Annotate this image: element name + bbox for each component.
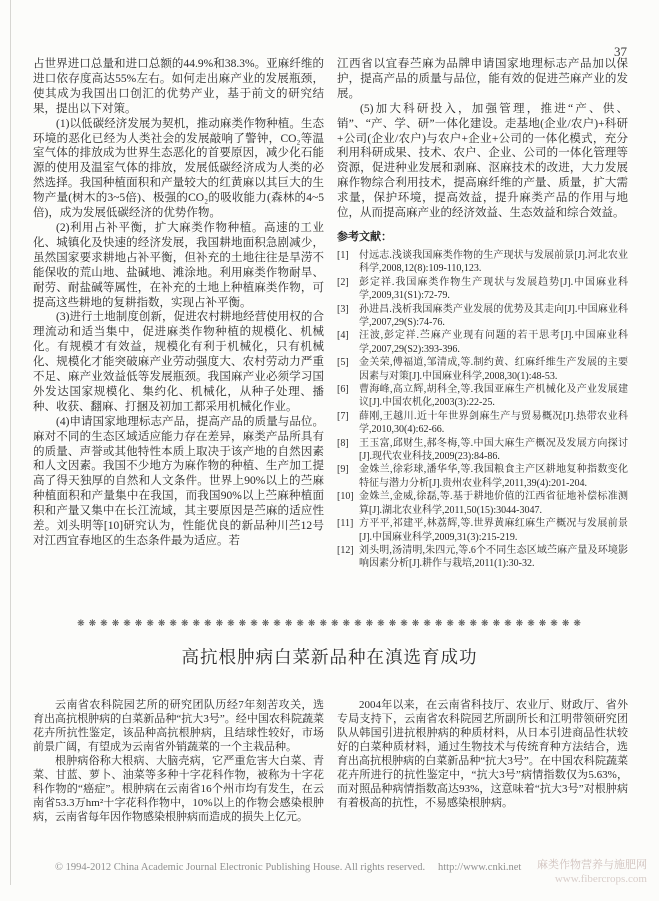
article1-left-column: 占世界进口总量和进口总额的44.9%和38.3%。亚麻纤维的进口依存度高达55%… xyxy=(33,57,324,571)
paragraph: (4)申请国家地理标志产品，提高产品的质量与品位。麻对不同的生态区域适应能力存在… xyxy=(33,415,324,549)
journal-page: 37 占世界进口总量和进口总额的44.9%和38.3%。亚麻纤维的进口依存度高达… xyxy=(0,0,659,901)
reference-number: [12] xyxy=(337,544,359,571)
reference-item: [1] 付远志.浅谈我国麻类作物的生产现状与发展前景[J].河北农业科学,200… xyxy=(337,249,628,276)
reference-number: [9] xyxy=(337,463,359,490)
paragraph: (2)利用占补平衡，扩大麻类作物种植。高速的工业化、城镇化及快速的经济发展，我国… xyxy=(33,221,324,310)
reference-text: 曹海峰,高立辉,胡科全,等.我国亚麻生产机械化及产业发展建议[J].中国农机化,… xyxy=(359,383,628,410)
reference-text: 刘头明,汤清明,朱四元,等.6个不同生态区域苎麻产量及环境影响因素分析[J].耕… xyxy=(359,544,628,571)
reference-text: 金姝兰,金威,徐磊,等.基于耕地价值的江西省征地补偿标准测算[J].湖北农业科学… xyxy=(359,490,628,517)
reference-number: [7] xyxy=(337,410,359,437)
watermark-site-name: 麻类作物营养与施肥网 xyxy=(537,859,647,871)
reference-item: [3] 孙进昌.浅析我国麻类产业发展的优势及其走向[J].中国麻业科学,2007… xyxy=(337,303,628,330)
paragraph: 2004年以来，在云南省科技厅、农业厅、财政厅、省外专局支持下，云南省农科院园艺… xyxy=(337,698,628,810)
copyright-text: © 1994-2012 China Academic Journal Elect… xyxy=(55,862,425,873)
reference-number: [4] xyxy=(337,329,359,356)
reference-text: 彭定祥.我国麻类作物生产现状与发展趋势[J].中国麻业科学,2009,31(S1… xyxy=(359,276,628,303)
reference-number: [5] xyxy=(337,356,359,383)
cnki-url-text: http://www.cnki.net xyxy=(438,862,521,873)
paragraph: 根肿病俗称大根病、大脑壳病，它严重危害大白菜、青菜、甘蓝、萝卜、油菜等多种十字花… xyxy=(33,754,324,824)
reference-text: 汪波,彭定祥.苎麻产业现有问题的若干思考[J].中国麻业科学,2007,29(S… xyxy=(359,329,628,356)
reference-item: [12] 刘头明,汤清明,朱四元,等.6个不同生态区域苎麻产量及环境影响因素分析… xyxy=(337,544,628,571)
reference-item: [8] 王玉富,邱财生,郝冬梅,等.中国大麻生产概况及发展方向探讨[J].现代农… xyxy=(337,437,628,464)
reference-number: [10] xyxy=(337,490,359,517)
reference-text: 王玉富,邱财生,郝冬梅,等.中国大麻生产概况及发展方向探讨[J].现代农业科技,… xyxy=(359,437,628,464)
reference-text: 付远志.浅谈我国麻类作物的生产现状与发展前景[J].河北农业科学,2008,12… xyxy=(359,249,628,276)
reference-text: 孙进昌.浅析我国麻类产业发展的优势及其走向[J].中国麻业科学,2007,29(… xyxy=(359,303,628,330)
reference-text: 金姝兰,徐彩球,潘华华,等.我国粮食主产区耕地复种指数变化特征与潜力分析[J].… xyxy=(359,463,628,490)
reference-item: [7] 薛刚,王越川.近十年世界剑麻生产与贸易概况[J].热带农业科学,2010… xyxy=(337,410,628,437)
article1-body: 占世界进口总量和进口总额的44.9%和38.3%。亚麻纤维的进口依存度高达55%… xyxy=(33,57,629,571)
reference-item: [11] 方平平,祁建平,林荔辉,等.世界黄麻红麻生产概况与发展前景[J].中国… xyxy=(337,517,628,544)
paragraph: (3)进行土地制度创新，促进农村耕地经营使用权的合理流动和适当集中，促进麻类作物… xyxy=(33,310,324,414)
paragraph: 云南省农科院园艺所的研究团队历经7年刻苦攻关，选育出高抗根肿病的白菜新品种“抗大… xyxy=(33,698,324,754)
paragraph: (1)以低碳经济发展为契机，推动麻类作物种植。生态环境的恶化已经为人类社会的发展… xyxy=(33,117,324,221)
references-heading: 参考文献： xyxy=(337,228,628,244)
watermark: 麻类作物营养与施肥网 www.fibercrops.com xyxy=(537,858,647,886)
reference-text: 方平平,祁建平,林荔辉,等.世界黄麻红麻生产概况与发展前景[J].中国麻业科学,… xyxy=(359,517,628,544)
reference-number: [1] xyxy=(337,249,359,276)
article2-title: 高抗根肿病白菜新品种在滇选育成功 xyxy=(0,644,659,669)
reference-item: [2] 彭定祥.我国麻类作物生产现状与发展趋势[J].中国麻业科学,2009,3… xyxy=(337,276,628,303)
paragraph: (5)加大科研投入，加强管理，推进“产、供、销”、“产、学、研”一体化建设。走基… xyxy=(337,102,628,221)
reference-text: 金关荣,傅福道,邹清成,等.制约黄、红麻纤维生产发展的主要因素与对策[J].中国… xyxy=(359,356,628,383)
scan-edge-line xyxy=(10,0,11,885)
reference-text: 薛刚,王越川.近十年世界剑麻生产与贸易概况[J].热带农业科学,2010,30(… xyxy=(359,410,628,437)
paragraph: 占世界进口总量和进口总额的44.9%和38.3%。亚麻纤维的进口依存度高达55%… xyxy=(33,57,324,117)
article2-left-column: 云南省农科院园艺所的研究团队历经7年刻苦攻关，选育出高抗根肿病的白菜新品种“抗大… xyxy=(33,698,324,824)
decorative-separator: ❋❋❋❋❋❋❋❋❋❋❋❋❋❋❋❋❋❋❋❋❋❋❋❋❋❋❋❋❋❋❋❋❋❋❋❋❋❋❋❋… xyxy=(33,618,629,629)
article2-right-column: 2004年以来，在云南省科技厅、农业厅、财政厅、省外专局支持下，云南省农科院园艺… xyxy=(337,698,628,824)
article2-body: 云南省农科院园艺所的研究团队历经7年刻苦攻关，选育出高抗根肿病的白菜新品种“抗大… xyxy=(33,698,629,824)
reference-number: [11] xyxy=(337,517,359,544)
watermark-site-url: www.fibercrops.com xyxy=(555,873,647,885)
reference-item: [6] 曹海峰,高立辉,胡科全,等.我国亚麻生产机械化及产业发展建议[J].中国… xyxy=(337,383,628,410)
article1-right-column: 江西省以宜春苎麻为品牌申请国家地理标志产品加以保护，提高产品的质量与品位，能有效… xyxy=(337,57,628,571)
paragraph: 江西省以宜春苎麻为品牌申请国家地理标志产品加以保护，提高产品的质量与品位，能有效… xyxy=(337,57,628,102)
reference-item: [5] 金关荣,傅福道,邹清成,等.制约黄、红麻纤维生产发展的主要因素与对策[J… xyxy=(337,356,628,383)
reference-item: [4] 汪波,彭定祥.苎麻产业现有问题的若干思考[J].中国麻业科学,2007,… xyxy=(337,329,628,356)
reference-number: [2] xyxy=(337,276,359,303)
references-list: [1] 付远志.浅谈我国麻类作物的生产现状与发展前景[J].河北农业科学,200… xyxy=(337,249,628,571)
reference-number: [8] xyxy=(337,437,359,464)
reference-number: [6] xyxy=(337,383,359,410)
reference-item: [10] 金姝兰,金威,徐磊,等.基于耕地价值的江西省征地补偿标准测算[J].湖… xyxy=(337,490,628,517)
reference-item: [9] 金姝兰,徐彩球,潘华华,等.我国粮食主产区耕地复种指数变化特征与潜力分析… xyxy=(337,463,628,490)
reference-number: [3] xyxy=(337,303,359,330)
